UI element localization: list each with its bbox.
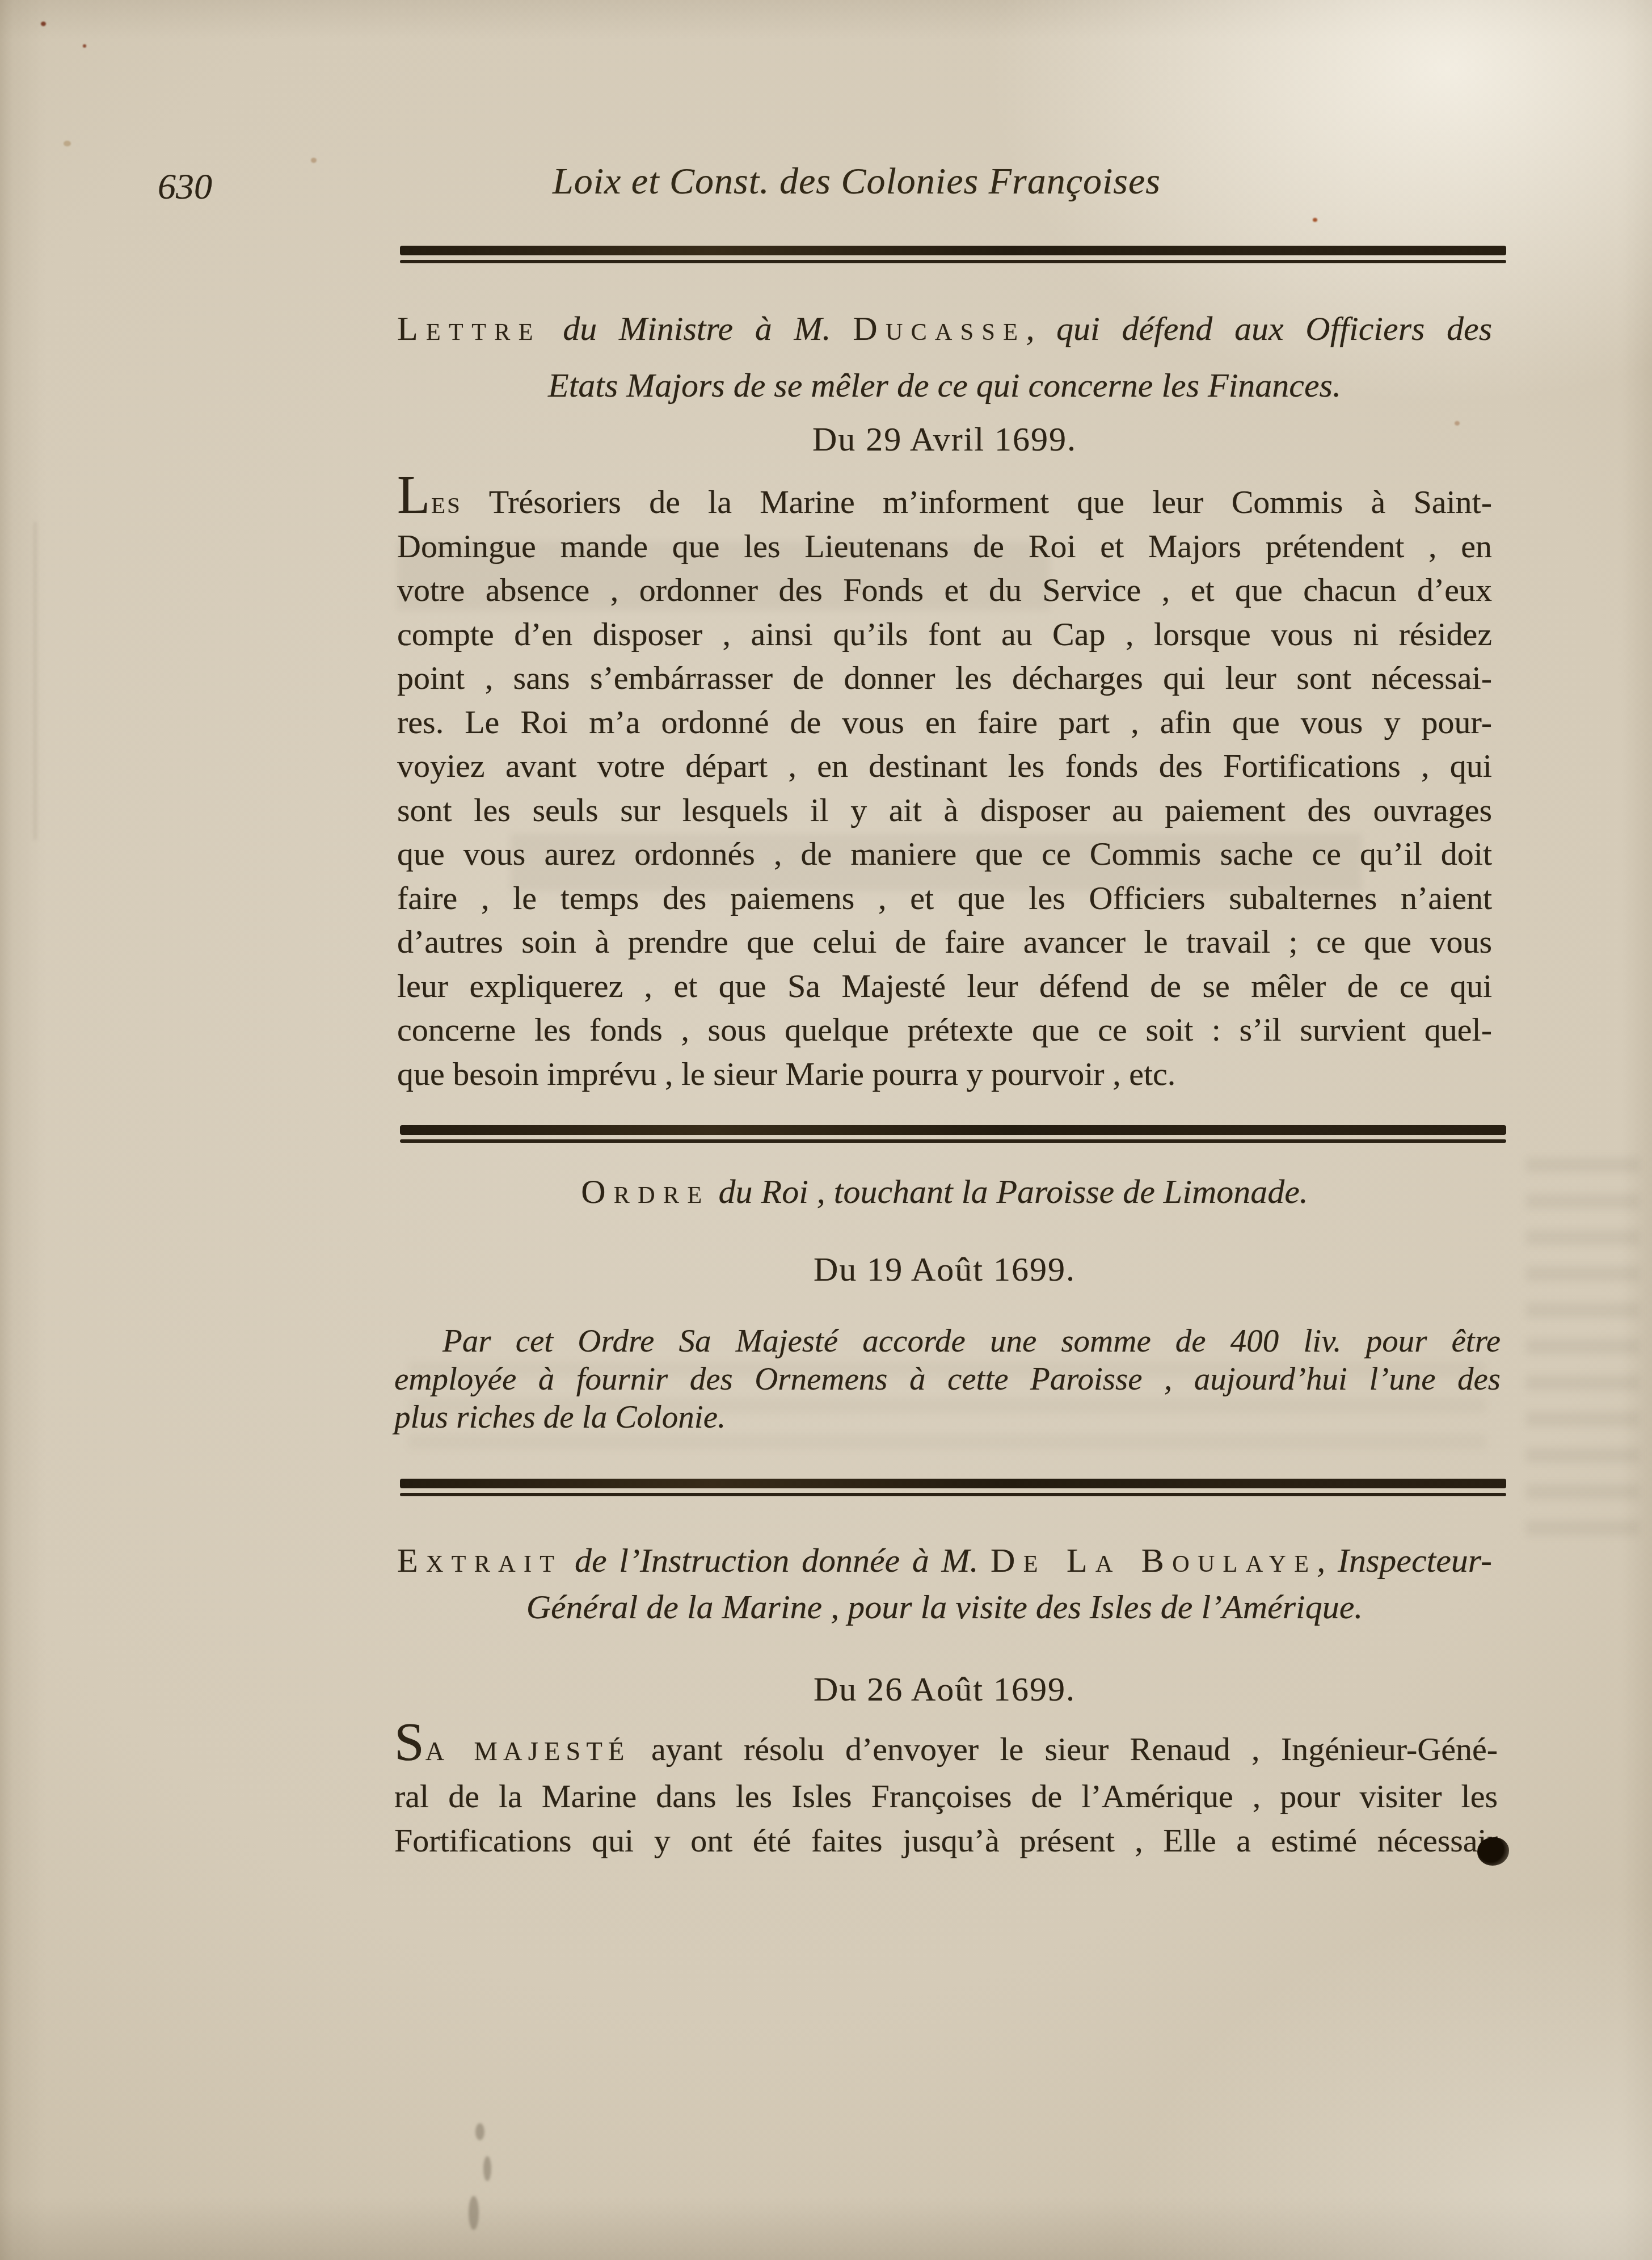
foxing-speck — [64, 141, 71, 146]
divider-thin-line — [400, 1139, 1506, 1143]
smallcaps-run: es — [431, 483, 462, 520]
drop-cap: S — [394, 1712, 425, 1772]
body-line: res. Le Roi m’a ordonné de vous en faire… — [397, 700, 1492, 744]
left-edge-crease — [34, 522, 36, 840]
running-head: Loix et Const. des Colonies Françoises — [374, 160, 1339, 203]
body-line: employée à fournir des Ornemens à cette … — [394, 1360, 1501, 1398]
heading-smallcaps: Extrait — [397, 1542, 562, 1579]
verso-showthrough — [1526, 1158, 1640, 1543]
heading-smallcaps: Ducasse — [853, 310, 1026, 347]
body-paragraph: Les Trésoriers de la Marine m’informent … — [397, 480, 1492, 1096]
body-line: sont les seuls sur lesquels il y ait à d… — [397, 788, 1492, 832]
body-line: Par cet Ordre Sa Majesté accorde une som… — [394, 1322, 1501, 1360]
book-page: 630 Loix et Const. des Colonies François… — [0, 0, 1652, 2260]
body-line: plus riches de la Colonie. — [394, 1398, 1501, 1436]
divider-thin-line — [400, 260, 1506, 263]
divider-rule — [400, 1125, 1506, 1143]
divider-rule — [400, 1479, 1506, 1496]
bottom-smudge — [475, 2123, 484, 2140]
heading-text: , Inspecteur- — [1317, 1542, 1492, 1579]
body-line: faire , le temps des paiemens , et que l… — [397, 876, 1492, 920]
divider-thick-line — [400, 246, 1506, 255]
body-paragraph: SA MAJESTÉ ayant résolu d’envoyer le sie… — [394, 1727, 1498, 1863]
body-line: Domingue mande que les Lieutenans de Roi… — [397, 524, 1492, 569]
date-line: Du 26 Août 1699. — [397, 1670, 1492, 1709]
body-line: concerne les fonds , sous quelque prétex… — [397, 1008, 1492, 1052]
drop-cap: L — [397, 465, 431, 525]
heading-smallcaps: Ordre — [581, 1173, 710, 1210]
section-heading-line: Ordre du Roi , touchant la Paroisse de L… — [397, 1172, 1492, 1211]
body-line: leur expliquerez , et que Sa Majesté leu… — [397, 964, 1492, 1008]
body-line: SA MAJESTÉ ayant résolu d’envoyer le sie… — [394, 1727, 1498, 1774]
heading-text: de l’Instruction donnée à M. — [562, 1542, 991, 1579]
ink-blot — [1477, 1837, 1509, 1866]
bottom-smudge — [469, 2196, 479, 2230]
foxing-speck — [1313, 218, 1317, 222]
body-line: point , sans s’embárrasser de donner les… — [397, 656, 1492, 700]
heading-text: du Ministre à M. — [541, 310, 853, 347]
body-line: votre absence , ordonner des Fonds et du… — [397, 568, 1492, 612]
body-line: que vous aurez ordonnés , de maniere que… — [397, 832, 1492, 876]
divider-thick-line — [400, 1125, 1506, 1135]
section-heading-line: Lettre du Ministre à M. Ducasse, qui déf… — [397, 309, 1492, 348]
section-heading-line: Extrait de l’Instruction donnée à M. De … — [397, 1541, 1492, 1580]
body-line: que besoin imprévu , le sieur Marie pour… — [397, 1052, 1492, 1096]
heading-smallcaps: Lettre — [397, 310, 541, 347]
letterspaced-caps: A MAJESTÉ — [425, 1737, 630, 1766]
body-line: d’autres soin à prendre que celui de fai… — [397, 920, 1492, 964]
body-line: Fortifications qui y ont été faites jusq… — [394, 1819, 1498, 1863]
body-paragraph: Par cet Ordre Sa Majesté accorde une som… — [394, 1322, 1501, 1436]
body-line: ral de la Marine dans les Isles François… — [394, 1774, 1498, 1819]
date-line: Du 19 Août 1699. — [397, 1250, 1492, 1289]
section-heading-line: Etats Majors de se mêler de ce qui conce… — [397, 366, 1492, 405]
date-line: Du 29 Avril 1699. — [397, 420, 1492, 459]
heading-text: du Roi , touchant la Paroisse de Limonad… — [710, 1173, 1308, 1210]
bottom-smudge — [483, 2156, 491, 2181]
page-number: 630 — [158, 166, 212, 208]
foxing-speck — [311, 158, 317, 163]
foxing-speck — [41, 22, 46, 26]
divider-thin-line — [400, 1493, 1506, 1496]
body-line: voyiez avant votre départ , en destinant… — [397, 744, 1492, 788]
divider-thick-line — [400, 1479, 1506, 1488]
section-heading-line: Général de la Marine , pour la visite de… — [397, 1588, 1492, 1627]
divider-rule — [400, 246, 1506, 263]
body-line: compte d’en disposer , ainsi qu’ils font… — [397, 612, 1492, 656]
foxing-speck — [83, 44, 86, 48]
heading-text: , qui défend aux Officiers des — [1026, 310, 1492, 347]
body-line: Les Trésoriers de la Marine m’informent … — [397, 480, 1492, 524]
heading-smallcaps: De La Boulaye — [991, 1542, 1317, 1579]
